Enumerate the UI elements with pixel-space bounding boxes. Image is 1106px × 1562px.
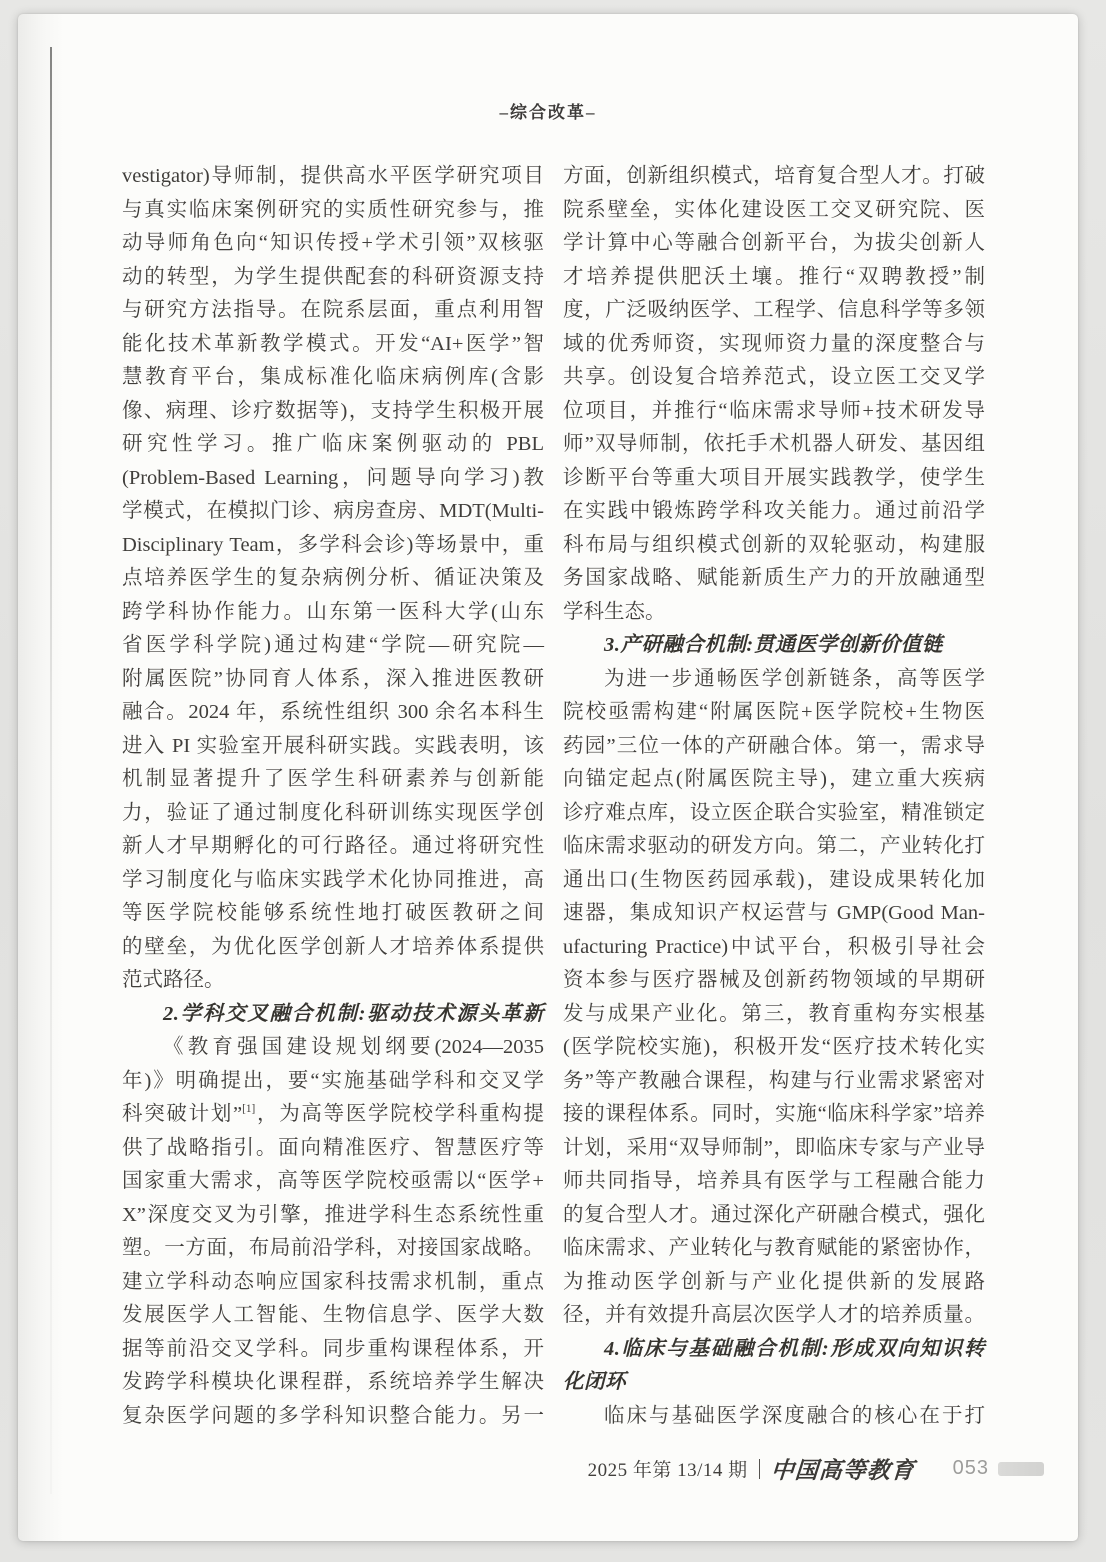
text-line: 药园”三位一体的产研融合体。第一，需求导 xyxy=(563,730,985,764)
text-line: 像、病理、诊疗数据等)，支持学生积极开展 xyxy=(122,395,544,429)
text-line: 学模式，在模拟门诊、病房查房、MDT(Multi- xyxy=(122,495,544,529)
left-column: vestigator)导师制，提供高水平医学研究项目与真实临床案例研究的实质性研… xyxy=(122,160,544,1433)
text-line: 科突破计划”[1]，为高等医学院校学科重构提 xyxy=(122,1098,544,1132)
text-line: 共享。创设复合培养范式，设立医工交叉学 xyxy=(563,361,985,395)
text-line: 学计算中心等融合创新平台，为拔尖创新人 xyxy=(563,227,985,261)
text-line: 能化技术革新教学模式。开发“AI+医学”智 xyxy=(122,328,544,362)
text-line: 省医学科学院)通过构建“学院—研究院— xyxy=(122,629,544,663)
text-line: (Problem-Based Learning，问题导向学习)教 xyxy=(122,462,544,496)
text-line: 发跨学科模块化课程群，系统培养学生解决 xyxy=(122,1366,544,1400)
text-line: 师共同指导，培养具有医学与工程融合能力 xyxy=(563,1165,985,1199)
text-line: 动的转型，为学生提供配套的科研资源支持 xyxy=(122,261,544,295)
text-line: 慧教育平台，集成标准化临床病例库(含影 xyxy=(122,361,544,395)
footer-issue: 2025 年第 13/14 期 xyxy=(588,1455,748,1482)
section-heading-line: 4.临床与基础融合机制:形成双向知识转 xyxy=(563,1333,985,1367)
text-line: 点培养医学生的复杂病例分析、循证决策及 xyxy=(122,562,544,596)
text-line: 计划，采用“双导师制”，即临床专家与产业导 xyxy=(563,1132,985,1166)
text-line: 向锚定起点(附属医院主导)，建立重大疾病 xyxy=(563,763,985,797)
section-heading-line: 2.学科交叉融合机制:驱动技术源头革新 xyxy=(122,998,544,1032)
section-heading-line: 化闭环 xyxy=(563,1366,985,1400)
text-line: 研究性学习。推广临床案例驱动的 PBL xyxy=(122,428,544,462)
text-line: 塑。一方面，布局前沿学科，对接国家战略。 xyxy=(122,1232,544,1266)
text-line: vestigator)导师制，提供高水平医学研究项目 xyxy=(122,160,544,194)
section-header: –综合改革– xyxy=(18,98,1078,123)
article-body: vestigator)导师制，提供高水平医学研究项目与真实临床案例研究的实质性研… xyxy=(122,160,985,1433)
text-line: 的壁垒，为优化医学创新人才培养体系提供 xyxy=(122,931,544,965)
text-line: 力，验证了通过制度化科研训练实现医学创 xyxy=(122,797,544,831)
text-line: 附属医院”协同育人体系，深入推进医教研 xyxy=(122,663,544,697)
text-line: 《教育强国建设规划纲要(2024—2035 xyxy=(122,1031,544,1065)
text-line: 位项目，并推行“临床需求导师+技术研发导 xyxy=(563,395,985,429)
text-line: 科布局与组织模式创新的双轮驱动，构建服 xyxy=(563,529,985,563)
text-line: ufacturing Practice)中试平台，积极引导社会 xyxy=(563,931,985,965)
text-line: 学习制度化与临床实践学术化协同推进，高 xyxy=(122,864,544,898)
text-line: 跨学科协作能力。山东第一医科大学(山东 xyxy=(122,596,544,630)
text-line: Disciplinary Team，多学科会诊)等场景中，重 xyxy=(122,529,544,563)
section-label: –综合改革– xyxy=(500,103,597,122)
text-line: (医学院校实施)，积极开发“医疗技术转化实 xyxy=(563,1031,985,1065)
page-number-bar xyxy=(998,1462,1044,1476)
text-line: 方面，创新组织模式，培育复合型人才。打破 xyxy=(563,160,985,194)
text-line: 院校亟需构建“附属医院+医学院校+生物医 xyxy=(563,696,985,730)
footer-journal-name: 中国高等教育 xyxy=(769,1452,915,1485)
text-line: 为进一步通畅医学创新链条，高等医学 xyxy=(563,663,985,697)
text-line: 度，广泛吸纳医学、工程学、信息科学等多领 xyxy=(563,294,985,328)
text-line: 通出口(生物医药园承载)，建设成果转化加 xyxy=(563,864,985,898)
text-line: 复杂医学问题的多学科知识整合能力。另一 xyxy=(122,1400,544,1434)
section-heading-line: 3.产研融合机制:贯通医学创新价值链 xyxy=(563,629,985,663)
text-line: 新人才早期孵化的可行路径。通过将研究性 xyxy=(122,830,544,864)
right-column: 方面，创新组织模式，培育复合型人才。打破院系壁垒，实体化建设医工交叉研究院、医学… xyxy=(563,160,985,1433)
text-line: 资本参与医疗器械及创新药物领域的早期研 xyxy=(563,964,985,998)
page-footer: 2025 年第 13/14 期 中国高等教育 053 xyxy=(588,1452,1044,1485)
text-line: 国家重大需求，高等医学院校亟需以“医学+ xyxy=(122,1165,544,1199)
text-line: 机制显著提升了医学生科研素养与创新能 xyxy=(122,763,544,797)
text-line: 等医学院校能够系统性地打破医教研之间 xyxy=(122,897,544,931)
text-line: 为推动医学创新与产业化提供新的发展路 xyxy=(563,1266,985,1300)
text-line: 师”双导师制，依托手术机器人研发、基因组 xyxy=(563,428,985,462)
scan-background: –综合改革– vestigator)导师制，提供高水平医学研究项目与真实临床案例… xyxy=(0,0,1106,1562)
text-line: 速器，集成知识产权运营与 GMP(Good Man- xyxy=(563,897,985,931)
text-line: 在实践中锻炼跨学科攻关能力。通过前沿学 xyxy=(563,495,985,529)
journal-page: –综合改革– vestigator)导师制，提供高水平医学研究项目与真实临床案例… xyxy=(18,14,1078,1541)
text-line: 域的优秀师资，实现师资力量的深度整合与 xyxy=(563,328,985,362)
text-line: X”深度交叉为引擎，推进学科生态系统性重 xyxy=(122,1199,544,1233)
text-line: 年)》明确提出，要“实施基础学科和交叉学 xyxy=(122,1065,544,1099)
page-number: 053 xyxy=(953,1457,989,1480)
citation-marker: [1] xyxy=(242,1103,255,1115)
text-line: 诊断平台等重大项目开展实践教学，使学生 xyxy=(563,462,985,496)
text-line: 范式路径。 xyxy=(122,964,544,998)
text-line: 据等前沿交叉学科。同步重构课程体系，开 xyxy=(122,1333,544,1367)
text-line: 供了战略指引。面向精准医疗、智慧医疗等 xyxy=(122,1132,544,1166)
text-line: 融合。2024 年，系统性组织 300 余名本科生 xyxy=(122,696,544,730)
text-line: 径，并有效提升高层次医学人才的培养质量。 xyxy=(563,1299,985,1333)
text-line: 临床需求、产业转化与教育赋能的紧密协作， xyxy=(563,1232,985,1266)
footer-divider xyxy=(759,1459,760,1479)
text-line: 进入 PI 实验室开展科研实践。实践表明，该 xyxy=(122,730,544,764)
text-line: 学科生态。 xyxy=(563,596,985,630)
text-line: 发与成果产业化。第三，教育重构夯实根基 xyxy=(563,998,985,1032)
page-fold-line xyxy=(50,47,52,1494)
text-line: 的复合型人才。通过深化产研融合模式，强化 xyxy=(563,1199,985,1233)
text-line: 与研究方法指导。在院系层面，重点利用智 xyxy=(122,294,544,328)
text-line: 诊疗难点库，设立医企联合实验室，精准锁定 xyxy=(563,797,985,831)
text-line: 临床与基础医学深度融合的核心在于打 xyxy=(563,1400,985,1434)
text-line: 临床需求驱动的研发方向。第二，产业转化打 xyxy=(563,830,985,864)
text-line: 与真实临床案例研究的实质性研究参与，推 xyxy=(122,194,544,228)
text-line: 发展医学人工智能、生物信息学、医学大数 xyxy=(122,1299,544,1333)
text-line: 务国家战略、赋能新质生产力的开放融通型 xyxy=(563,562,985,596)
text-line: 才培养提供肥沃土壤。推行“双聘教授”制 xyxy=(563,261,985,295)
text-line: 动导师角色向“知识传授+学术引领”双核驱 xyxy=(122,227,544,261)
text-line: 接的课程体系。同时，实施“临床科学家”培养 xyxy=(563,1098,985,1132)
text-line: 建立学科动态响应国家科技需求机制，重点 xyxy=(122,1266,544,1300)
text-line: 务”等产教融合课程，构建与行业需求紧密对 xyxy=(563,1065,985,1099)
text-line: 院系壁垒，实体化建设医工交叉研究院、医 xyxy=(563,194,985,228)
